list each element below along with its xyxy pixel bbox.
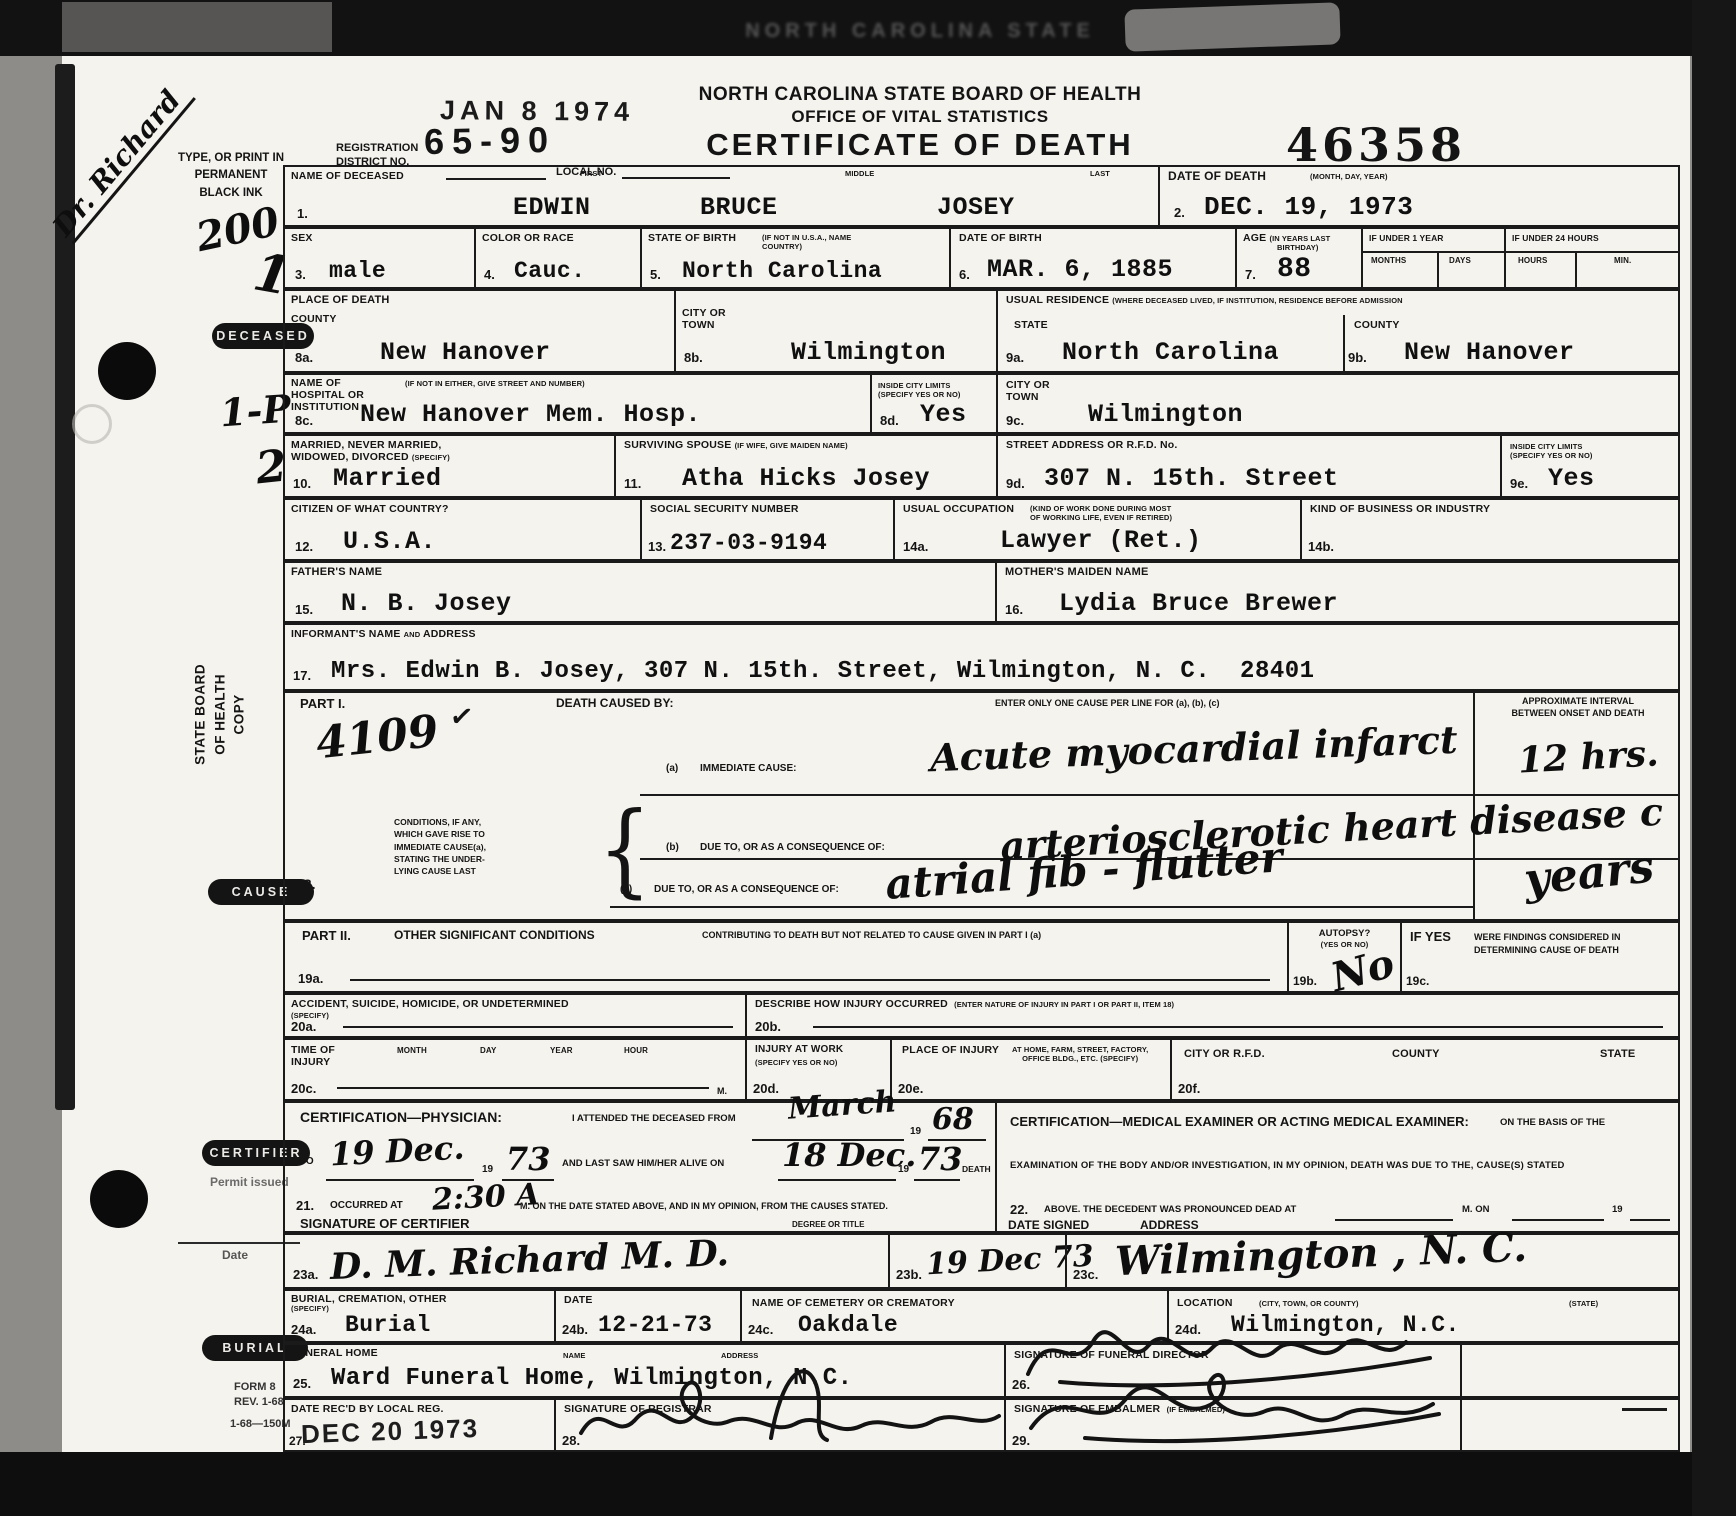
- scan-smudge-left: [62, 2, 332, 52]
- field-place-of-injury: PLACE OF INJURY AT HOME, FARM, STREET, F…: [890, 1038, 1172, 1101]
- field-hospital: NAME OF HOSPITAL OR INSTITUTION (IF NOT …: [283, 373, 872, 434]
- deceased-middle-name: BRUCE: [700, 193, 778, 222]
- field-accident-suicide: ACCIDENT, SUICIDE, HOMICIDE, OR UNDETERM…: [283, 993, 747, 1038]
- interval-a-value: 12 hrs.: [1517, 732, 1660, 781]
- field-burial-date: DATE 24b. 12-21-73: [554, 1289, 742, 1343]
- field-how-injury-occurred: DESCRIBE HOW INJURY OCCURRED (ENTER NATU…: [745, 993, 1680, 1038]
- field-color-or-race: COLOR OR RACE 4. Cauc.: [474, 227, 642, 289]
- check-mark: ✓: [448, 699, 476, 735]
- field-if-under-1-year: IF UNDER 1 YEAR MONTHS DAYS: [1361, 227, 1506, 289]
- death-certificate-scan: Dr. Richard TYPE, OR PRINT IN PERMANENT …: [0, 0, 1736, 1516]
- marital-status-value: Married: [333, 464, 442, 493]
- board-name: NORTH CAROLINA STATE BOARD OF HEALTH: [620, 84, 1220, 106]
- margin-handwritten-mark-2: 1-P: [219, 386, 293, 436]
- informant-value: Mrs. Edwin B. Josey, 307 N. 15th. Street…: [331, 658, 1315, 685]
- form-number-note: FORM 8 REV. 1-68: [234, 1380, 284, 1410]
- embalmer-signature-mark: [1025, 1340, 1455, 1448]
- ink-instruction-note: TYPE, OR PRINT IN PERMANENT BLACK INK: [172, 150, 290, 202]
- race-value: Cauc.: [514, 258, 586, 284]
- copy-designation: STATE BOARD OF HEALTH COPY: [150, 685, 290, 795]
- field-time-of-injury: TIME OF INJURY MONTH DAY YEAR HOUR 20c. …: [283, 1038, 747, 1101]
- deceased-last-name: JOSEY: [937, 193, 1015, 222]
- residence-state-value: North Carolina: [1062, 338, 1279, 367]
- occurred-at-value: 2:30 A: [431, 1177, 540, 1218]
- certifier-address-value: Wilmington , N. C.: [1114, 1224, 1527, 1285]
- field-occupation: USUAL OCCUPATION (KIND OF WORK DONE DURI…: [893, 498, 1302, 561]
- punch-hole-bottom: [90, 1170, 148, 1228]
- date-of-birth-value: MAR. 6, 1885: [987, 255, 1173, 284]
- field-autopsy: AUTOPSY? (YES OR NO) 19b. No: [1287, 921, 1402, 993]
- interval-header: APPROXIMATE INTERVAL BETWEEN ONSET AND D…: [1480, 695, 1676, 719]
- ssn-value: 237-03-9194: [670, 530, 827, 556]
- deceased-first-name: EDWIN: [513, 193, 591, 222]
- residence-county-value: New Hanover: [1404, 338, 1575, 367]
- office-name: OFFICE OF VITAL STATISTICS: [620, 107, 1220, 127]
- inside-city-8d-value: Yes: [920, 400, 967, 429]
- occupation-value: Lawyer (Ret.): [1000, 526, 1202, 555]
- date-label: Date: [222, 1248, 248, 1262]
- attended-from-year: 68: [932, 1102, 974, 1137]
- field-director-license: [1460, 1343, 1680, 1398]
- hospital-value: New Hanover Mem. Hosp.: [360, 400, 701, 429]
- field-sex: SEX 3. male: [283, 227, 476, 289]
- field-citizen: CITIZEN OF WHAT COUNTRY? 12. U.S.A.: [283, 498, 642, 561]
- date-blank-line: [178, 1242, 300, 1244]
- conditions-note: CONDITIONS, IF ANY, WHICH GAVE RISE TO I…: [394, 816, 574, 878]
- cemetery-value: Oakdale: [798, 1312, 898, 1338]
- field-date-of-birth: DATE OF BIRTH 6. MAR. 6, 1885: [949, 227, 1237, 289]
- certificate-number: 46358: [1286, 118, 1466, 172]
- field-date-of-death: DATE OF DEATH (MONTH, DAY, YEAR) 2. DEC.…: [1158, 165, 1680, 227]
- date-of-death-value: DEC. 19, 1973: [1204, 192, 1413, 222]
- registration-district-value: 65-90: [424, 119, 557, 163]
- attended-to-year: 73: [506, 1140, 551, 1178]
- field-age: AGE (IN YEARS LAST BIRTHDAY) 7. 88: [1235, 227, 1363, 289]
- field-burial-type: BURIAL, CREMATION, OTHER (SPECIFY) 24a. …: [283, 1289, 556, 1343]
- field-inside-city-limits-8d: INSIDE CITY LIMITS (SPECIFY YES OR NO) 8…: [870, 373, 998, 434]
- field-place-of-death-county: PLACE OF DEATH COUNTY 8a. New Hanover: [283, 289, 676, 373]
- inside-city-9e-value: Yes: [1548, 464, 1595, 493]
- field-findings-considered: IF YES WERE FINDINGS CONSIDERED IN DETER…: [1400, 921, 1680, 993]
- field-date-received: DATE REC'D BY LOCAL REG. 27. DEC 20 1973: [283, 1398, 556, 1452]
- sex-value: male: [329, 258, 386, 284]
- field-informant: INFORMANT'S NAME AND ADDRESS 17. Mrs. Ed…: [283, 623, 1680, 691]
- death-county-value: New Hanover: [380, 338, 551, 367]
- citizen-value: U.S.A.: [343, 527, 436, 556]
- field-usual-residence: USUAL RESIDENCE (WHERE DECEASED LIVED, I…: [996, 289, 1680, 373]
- field-certifier-address: 23c. Wilmington , N. C.: [1065, 1233, 1680, 1289]
- registrar-signature-mark: [575, 1338, 1015, 1450]
- field-residence-city: CITY OR TOWN 9c. Wilmington: [996, 373, 1680, 434]
- state-of-birth-value: North Carolina: [682, 258, 882, 284]
- field-certifier-signature: 23a. D. M. Richard M. D.: [283, 1233, 890, 1289]
- scan-right-band: [1692, 0, 1736, 1516]
- mother-name-value: Lydia Bruce Brewer: [1059, 589, 1338, 618]
- faint-ring-mark: [72, 404, 112, 444]
- attended-to-value: 19 Dec.: [329, 1129, 465, 1174]
- field-date-signed: 23b. 19 Dec 73: [888, 1233, 1067, 1289]
- field-industry: KIND OF BUSINESS OR INDUSTRY 14b.: [1300, 498, 1680, 561]
- field-surviving-spouse: SURVIVING SPOUSE (IF WIFE, GIVE MAIDEN N…: [614, 434, 998, 498]
- form-print-run-note: 1-68—150M: [230, 1418, 291, 1430]
- page-title: CERTIFICATE OF DEATH: [620, 127, 1220, 163]
- father-name-value: N. B. Josey: [341, 589, 512, 618]
- burial-type-value: Burial: [345, 1312, 431, 1338]
- scan-smudge: [1124, 2, 1340, 51]
- last-saw-value: 18 Dec.: [782, 1136, 916, 1174]
- field-father-name: FATHER'S NAME 15. N. B. Josey: [283, 561, 997, 623]
- permit-issued-label: Permit issued: [210, 1175, 289, 1189]
- death-city-value: Wilmington: [791, 338, 946, 367]
- residence-city-value: Wilmington: [1088, 400, 1243, 429]
- date-received-stamp: DEC 20 1973: [301, 1413, 480, 1450]
- field-injury-city-county-state: CITY OR R.F.D. COUNTY STATE 20f.: [1170, 1038, 1680, 1101]
- field-place-of-death-city: CITY OR TOWN 8b. Wilmington: [674, 289, 998, 373]
- field-name-of-deceased: NAME OF DECEASED FIRST MIDDLE LAST 1. ED…: [283, 165, 1160, 227]
- field-embalmer-license: [1460, 1398, 1680, 1452]
- burial-date-value: 12-21-73: [598, 1312, 712, 1338]
- last-saw-year: 73: [918, 1140, 963, 1178]
- spouse-value: Atha Hicks Josey: [682, 464, 930, 493]
- field-if-under-24-hours: IF UNDER 24 HOURS HOURS MIN.: [1504, 227, 1680, 289]
- part2-other-conditions: PART II. OTHER SIGNIFICANT CONDITIONS CO…: [283, 921, 1289, 993]
- field-marital-status: MARRIED, NEVER MARRIED, WIDOWED, DIVORCE…: [283, 434, 616, 498]
- scan-bottom-band: [0, 1452, 1736, 1516]
- street-address-value: 307 N. 15th. Street: [1044, 464, 1339, 493]
- field-state-of-birth: STATE OF BIRTH (IF NOT IN U.S.A., NAME C…: [640, 227, 951, 289]
- field-mother-name: MOTHER'S MAIDEN NAME 16. Lydia Bruce Bre…: [995, 561, 1680, 623]
- age-value: 88: [1277, 254, 1312, 285]
- field-street-address: STREET ADDRESS OR R.F.D. No. 9d. 307 N. …: [996, 434, 1502, 498]
- punch-hole-top: [98, 342, 156, 400]
- certifier-signature-value: D. M. Richard M. D.: [329, 1232, 729, 1288]
- field-ssn: SOCIAL SECURITY NUMBER 13. 237-03-9194: [640, 498, 895, 561]
- field-inside-city-limits-9e: INSIDE CITY LIMITS (SPECIFY YES OR NO) 9…: [1500, 434, 1680, 498]
